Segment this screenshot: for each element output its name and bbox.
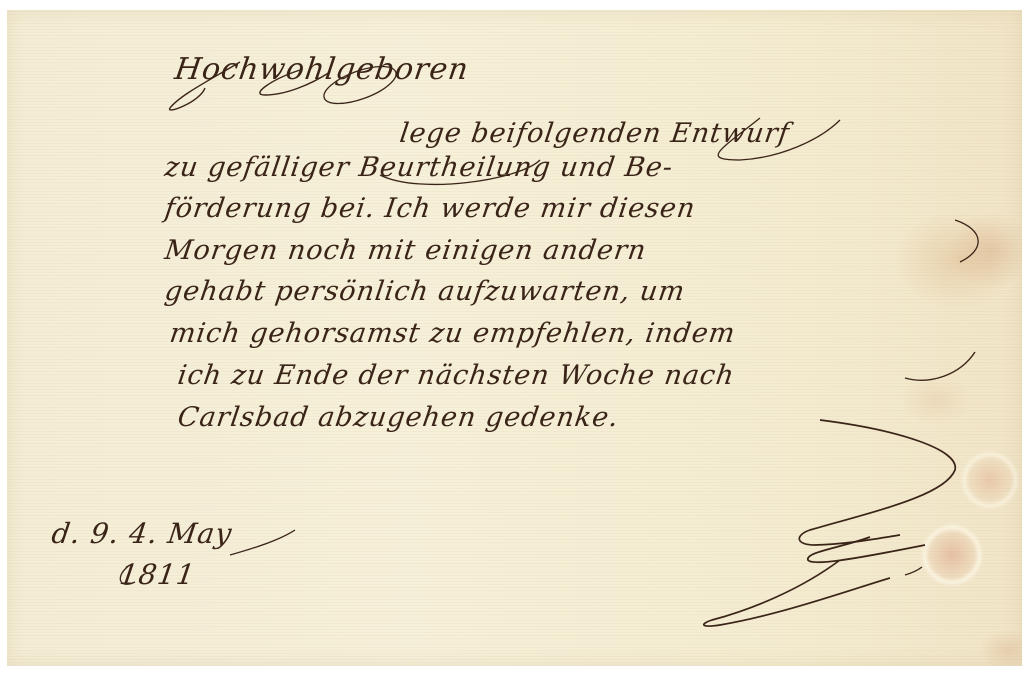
salutation: Hochwohlgeboren (173, 52, 472, 87)
body-line-3: förderung bei. Ich werde mir diesen (163, 193, 698, 224)
place-date: d. 9. 4. May (50, 517, 235, 550)
body-line-7: ich zu Ende der nächsten Woche nach (176, 360, 737, 391)
year: 1811 (118, 558, 198, 591)
body-line-4: Morgen noch mit einigen andern (163, 235, 649, 266)
body-line-5: gehabt persönlich aufzuwarten, um (163, 276, 687, 307)
body-line-8: Carlsbad abzugehen gedenke. (176, 402, 621, 433)
body-line-2: zu gefälliger Beurtheilung und Be- (163, 152, 675, 183)
body-line-6: mich gehorsamst zu empfehlen, indem (168, 318, 738, 349)
body-line-1: lege beifolgenden Entwurf (398, 118, 792, 149)
